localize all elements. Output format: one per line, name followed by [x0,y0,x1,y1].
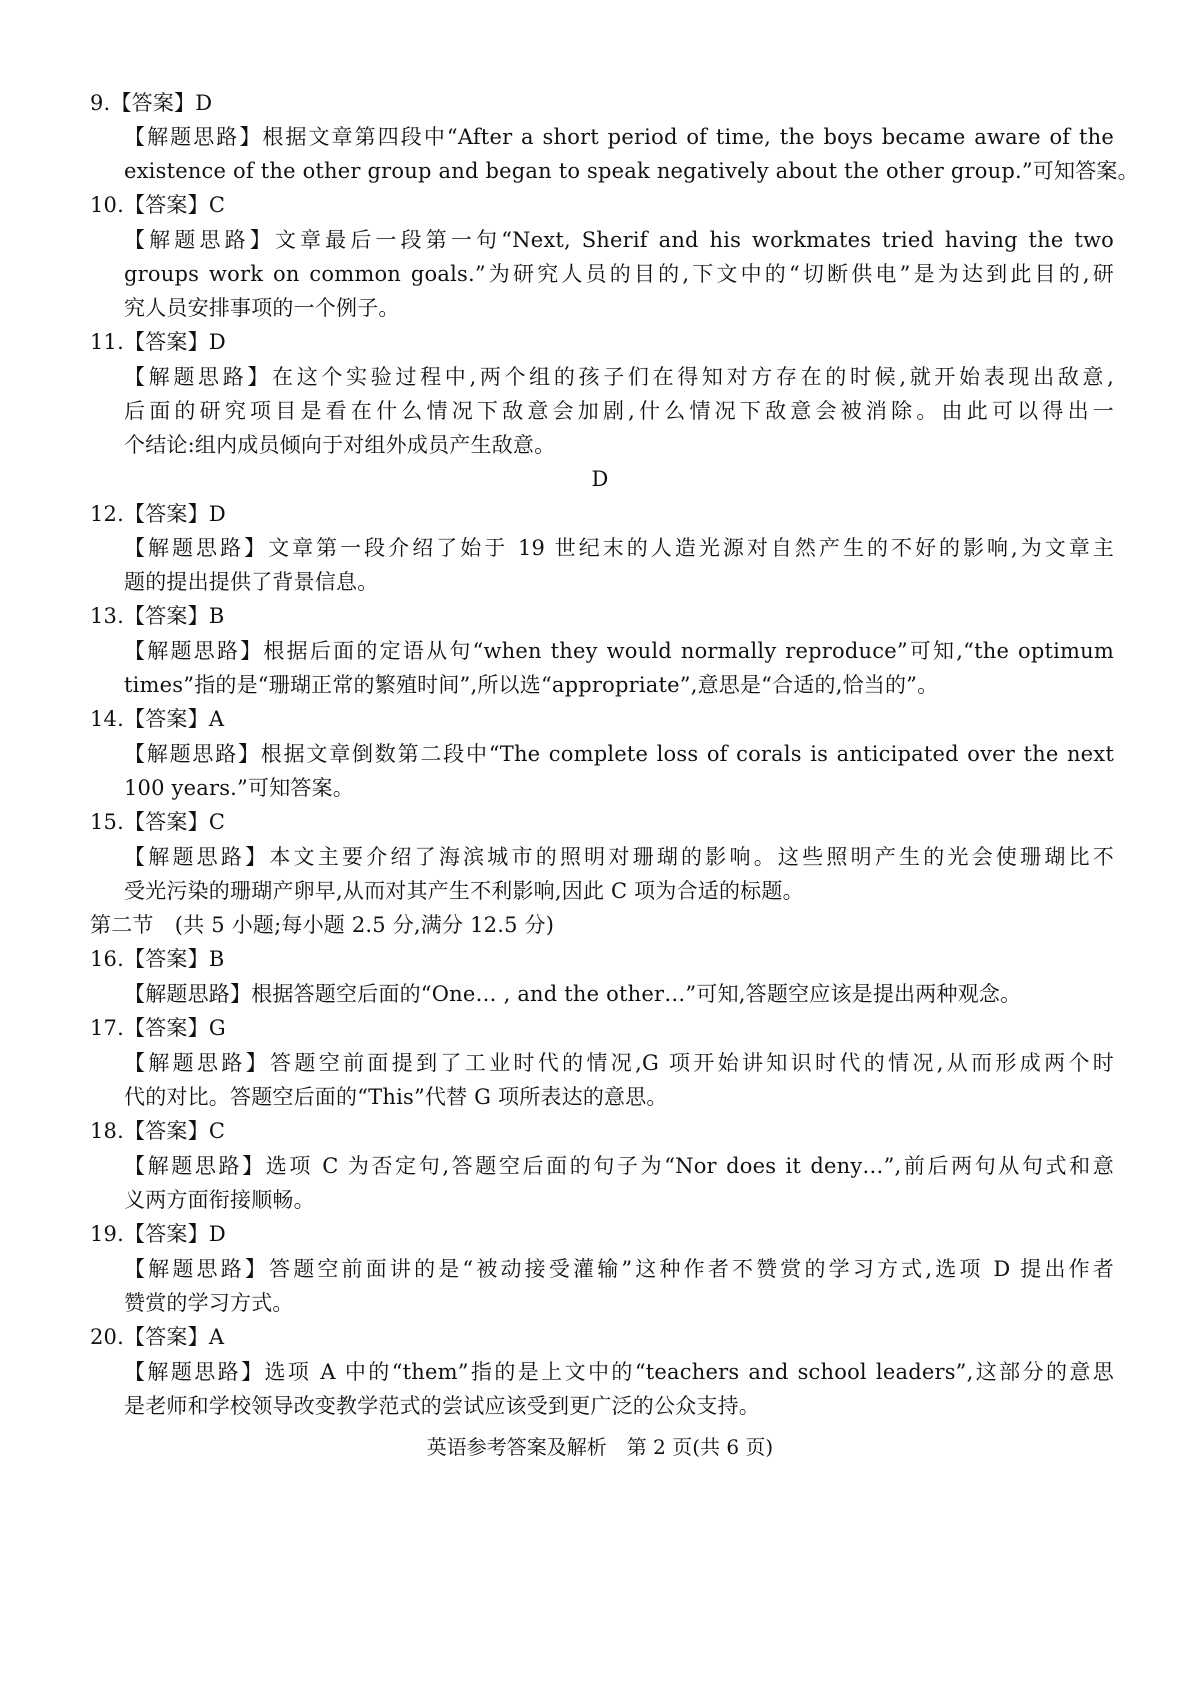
answer-value: D [209,330,226,354]
answer-line-10: 10.【答案】C [90,188,225,222]
answer-tag: 【答案】 [124,810,209,834]
question-number: 9. [90,91,110,115]
explanation-line: 100 years.”可知答案。 [124,771,1114,805]
answer-line-9: 9.【答案】D [90,86,212,120]
explanation-line: 【解题思路】根据文章倒数第二段中“The complete loss of co… [124,737,1114,771]
explanation-line: 【解题思路】答题空前面提到了工业时代的情况,G 项开始讲知识时代的情况,从而形成… [124,1046,1114,1080]
answer-tag: 【答案】 [124,193,209,217]
explanation-line: 【解题思路】选项 C 为否定句,答题空后面的句子为“Nor does it de… [124,1149,1114,1183]
answer-value: C [209,193,225,217]
explanation-line: 【解题思路】答题空前面讲的是“被动接受灌输”这种作者不赞赏的学习方式,选项 D … [124,1252,1114,1286]
answer-tag: 【答案】 [124,1325,209,1349]
answer-line-12: 12.【答案】D [90,497,226,531]
answer-tag: 【答案】 [124,947,209,971]
answer-value: B [209,604,225,628]
answer-line-16: 16.【答案】B [90,942,224,976]
explanation-line: times”指的是“珊瑚正常的繁殖时间”,所以选“appropriate”,意思… [124,668,1114,702]
explanation-line: existence of the other group and began t… [124,154,1114,188]
explanation-line: 【解题思路】本文主要介绍了海滨城市的照明对珊瑚的影响。这些照明产生的光会使珊瑚比… [124,840,1114,874]
answer-tag: 【答案】 [110,91,195,115]
answer-tag: 【答案】 [124,707,209,731]
answer-value: D [195,91,212,115]
explanation-line: 【解题思路】根据后面的定语从句“when they would normally… [124,634,1114,668]
explanation-line: 赞赏的学习方式。 [124,1286,1114,1320]
explanation-line: 代的对比。答题空后面的“This”代替 G 项所表达的意思。 [124,1080,1114,1114]
question-number: 17. [90,1016,124,1040]
question-number: 16. [90,947,124,971]
answer-value: C [209,810,225,834]
answer-line-15: 15.【答案】C [90,805,225,839]
answer-value: A [209,707,224,731]
answer-line-11: 11.【答案】D [90,325,226,359]
answer-line-13: 13.【答案】B [90,599,224,633]
answer-tag: 【答案】 [124,502,209,526]
explanation-line: 【解题思路】文章最后一段第一句“Next, Sherif and his wor… [124,223,1114,257]
section-two-heading: 第二节 (共 5 小题;每小题 2.5 分,满分 12.5 分) [90,908,554,942]
answer-line-18: 18.【答案】C [90,1114,225,1148]
section-d-heading: D [0,462,1200,496]
answer-value: A [209,1325,224,1349]
answer-line-19: 19.【答案】D [90,1217,226,1251]
answer-value: C [209,1119,225,1143]
explanation-line: 后面的研究项目是看在什么情况下敌意会加剧,什么情况下敌意会被消除。由此可以得出一 [124,394,1114,428]
document-page: 9.【答案】D 【解题思路】根据文章第四段中“After a short per… [0,0,1200,1687]
question-number: 10. [90,193,124,217]
explanation-line: 是老师和学校领导改变教学范式的尝试应该受到更广泛的公众支持。 [124,1389,1114,1423]
question-number: 15. [90,810,124,834]
answer-line-20: 20.【答案】A [90,1320,224,1354]
explanation-line: 【解题思路】根据答题空后面的“One… , and the other…”可知,… [124,977,1114,1011]
answer-value: D [209,1222,226,1246]
answer-value: G [209,1016,226,1040]
explanation-line: 题的提出提供了背景信息。 [124,565,1114,599]
question-number: 12. [90,502,124,526]
answer-value: B [209,947,225,971]
explanation-line: 究人员安排事项的一个例子。 [124,291,1114,325]
answer-value: D [209,502,226,526]
explanation-line: 义两方面衔接顺畅。 [124,1183,1114,1217]
question-number: 14. [90,707,124,731]
question-number: 18. [90,1119,124,1143]
answer-tag: 【答案】 [124,1222,209,1246]
answer-tag: 【答案】 [124,1119,209,1143]
explanation-line: groups work on common goals.”为研究人员的目的,下文… [124,257,1114,291]
explanation-line: 【解题思路】根据文章第四段中“After a short period of t… [124,120,1114,154]
question-number: 19. [90,1222,124,1246]
explanation-line: 【解题思路】文章第一段介绍了始于 19 世纪末的人造光源对自然产生的不好的影响,… [124,531,1114,565]
answer-tag: 【答案】 [124,330,209,354]
explanation-line: 个结论:组内成员倾向于对组外成员产生敌意。 [124,428,1114,462]
answer-tag: 【答案】 [124,1016,209,1040]
answer-tag: 【答案】 [124,604,209,628]
page-footer: 英语参考答案及解析 第 2 页(共 6 页) [0,1432,1200,1462]
explanation-line: 【解题思路】在这个实验过程中,两个组的孩子们在得知对方存在的时候,就开始表现出敌… [124,360,1114,394]
question-number: 13. [90,604,124,628]
question-number: 20. [90,1325,124,1349]
explanation-line: 【解题思路】选项 A 中的“them”指的是上文中的“teachers and … [124,1355,1114,1389]
answer-line-14: 14.【答案】A [90,702,224,736]
answer-line-17: 17.【答案】G [90,1011,226,1045]
question-number: 11. [90,330,124,354]
explanation-line: 受光污染的珊瑚产卵早,从而对其产生不利影响,因此 C 项为合适的标题。 [124,874,1114,908]
